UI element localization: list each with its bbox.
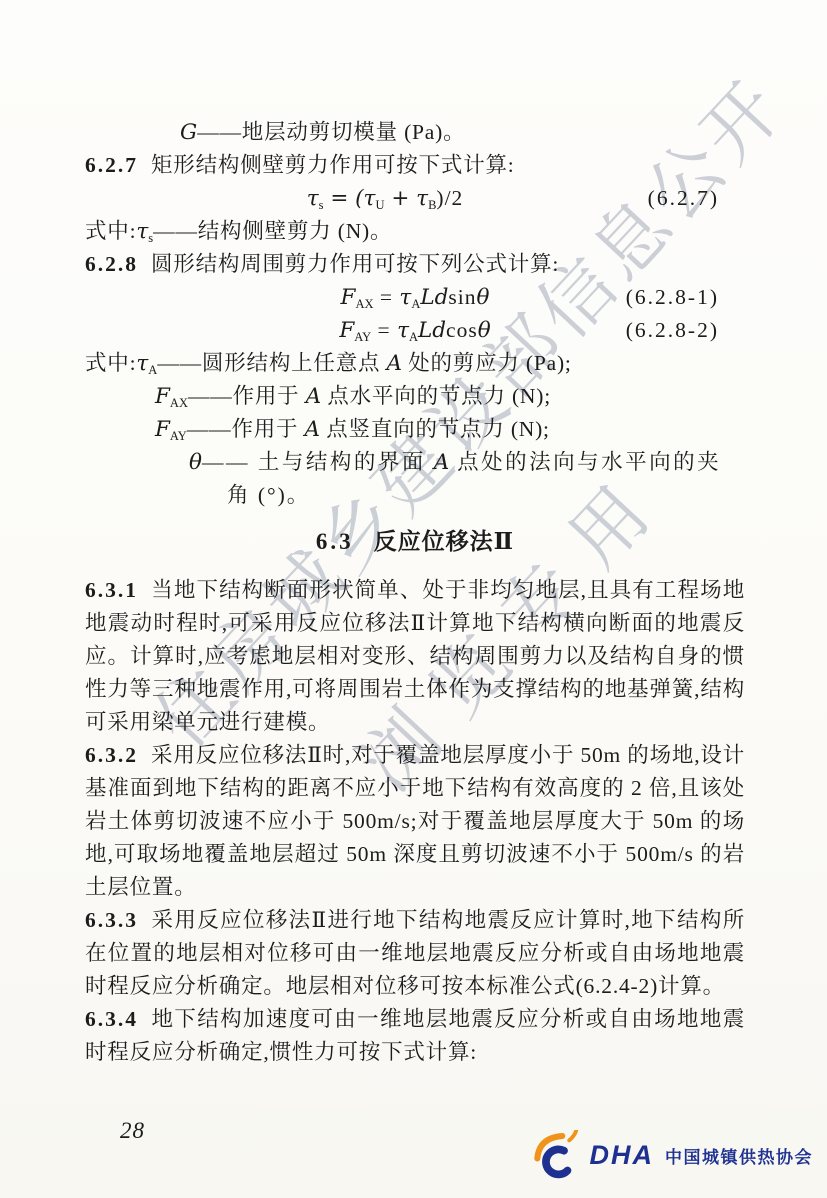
equation-number-6-2-7: (6.2.7): [648, 182, 719, 215]
clause-text: 圆形结构周围剪力作用可按下列公式计算:: [151, 252, 559, 276]
symbol-theta: θ: [189, 450, 202, 475]
equation-number-6-2-8-1: (6.2.8-1): [626, 281, 719, 314]
equation-number-6-2-8-2: (6.2.8-2): [626, 314, 719, 347]
formula-FAX: FAX = τALdsinθ: [341, 285, 490, 309]
symbol-F-AY: F: [155, 417, 170, 442]
symbol-description: ——结构侧壁剪力 (N)。: [153, 219, 392, 243]
page-number: 28: [120, 1118, 145, 1144]
equation-6-2-8-2: FAY = τALdcosθ(6.2.8-2): [85, 314, 745, 347]
clause-text: 采用反应位移法Ⅱ时,对于覆盖地层厚度小于 50m 的场地,设计基准面到地下结构的…: [85, 743, 745, 899]
cdha-logo-icon: [531, 1130, 585, 1180]
clause-number: 6.3.2: [85, 743, 138, 767]
clause-text: 采用反应位移法Ⅱ进行地下结构地震反应计算时,地下结构所在位置的地层相对位移可由一…: [85, 908, 745, 998]
clause-number: 6.2.8: [85, 252, 138, 276]
symbol-F-AX: F: [155, 384, 170, 409]
section-title: 反应位移法Ⅱ: [374, 529, 514, 554]
symbol-G: G: [180, 120, 197, 145]
symbol-tau-A: τ: [136, 351, 148, 376]
clause-6-3-3: 6.3.3采用反应位移法Ⅱ进行地下结构地震反应计算时,地下结构所在位置的地层相对…: [85, 904, 745, 1003]
clause-6-2-7: 6.2.7矩形结构侧壁剪力作用可按下式计算:: [85, 149, 745, 182]
symbol-G-description: ——地层动剪切模量 (Pa)。: [197, 120, 465, 144]
clause-number: 6.2.7: [85, 153, 138, 177]
clause-text: 地下结构加速度可由一维地层地震反应分析或自由场地地震时程反应分析确定,惯性力可按…: [85, 1007, 745, 1064]
clause-text: 矩形结构侧壁剪力作用可按下式计算:: [151, 153, 515, 177]
where-clause-6-2-8-FAY: FAY——作用于 A 点竖直向的节点力 (N);: [85, 413, 745, 446]
formula-tau-s: τs = (τU + τB)/2: [307, 186, 464, 210]
clause-6-3-1: 6.3.1当地下结构断面形状简单、处于非均匀地层,且具有工程场地地震动时程时,可…: [85, 574, 745, 739]
equation-6-2-8-1: FAX = τALdsinθ(6.2.8-1): [85, 281, 745, 314]
where-clause-6-2-8-theta-cont: 角 (°)。: [85, 479, 745, 512]
clause-6-3-4: 6.3.4地下结构加速度可由一维地层地震反应分析或自由场地地震时程反应分析确定,…: [85, 1003, 745, 1069]
document-page: 住房城乡建设部信息公开 浏览专用 G——地层动剪切模量 (Pa)。 6.2.7矩…: [0, 0, 827, 1198]
section-heading-6-3: 6.3反应位移法Ⅱ: [85, 525, 745, 559]
formula-FAY: FAY = τALdcosθ: [339, 318, 490, 342]
cdha-logo: DHA 中国城镇供热协会: [531, 1130, 814, 1180]
equation-6-2-7: τs = (τU + τB)/2(6.2.7): [85, 182, 745, 215]
symbol-tau-s: τ: [136, 219, 148, 244]
where-clause-6-2-8-FAX: FAX——作用于 A 点水平向的节点力 (N);: [85, 380, 745, 413]
logo-org-name: 中国城镇供热协会: [665, 1143, 813, 1168]
page-body-text: G——地层动剪切模量 (Pa)。 6.2.7矩形结构侧壁剪力作用可按下式计算: …: [85, 116, 745, 1069]
clause-6-3-2: 6.3.2采用反应位移法Ⅱ时,对于覆盖地层厚度小于 50m 的场地,设计基准面到…: [85, 739, 745, 904]
where-clause-6-2-8-theta: θ—— 土与结构的界面 A 点处的法向与水平向的夹: [85, 446, 745, 479]
where-clause-6-2-8-tauA: 式中:τA——圆形结构上任意点 A 处的剪应力 (Pa);: [85, 347, 745, 380]
clause-number: 6.3.4: [85, 1007, 138, 1031]
symbol-definition-G: G——地层动剪切模量 (Pa)。: [85, 116, 745, 149]
clause-text: 当地下结构断面形状简单、处于非均匀地层,且具有工程场地地震动时程时,可采用反应位…: [85, 578, 745, 734]
clause-number: 6.3.3: [85, 908, 138, 932]
section-number: 6.3: [316, 529, 354, 554]
clause-6-2-8: 6.2.8圆形结构周围剪力作用可按下列公式计算:: [85, 248, 745, 281]
where-clause-6-2-7: 式中:τs——结构侧壁剪力 (N)。: [85, 215, 745, 248]
clause-number: 6.3.1: [85, 578, 138, 602]
logo-abbr-text: DHA: [590, 1140, 655, 1171]
